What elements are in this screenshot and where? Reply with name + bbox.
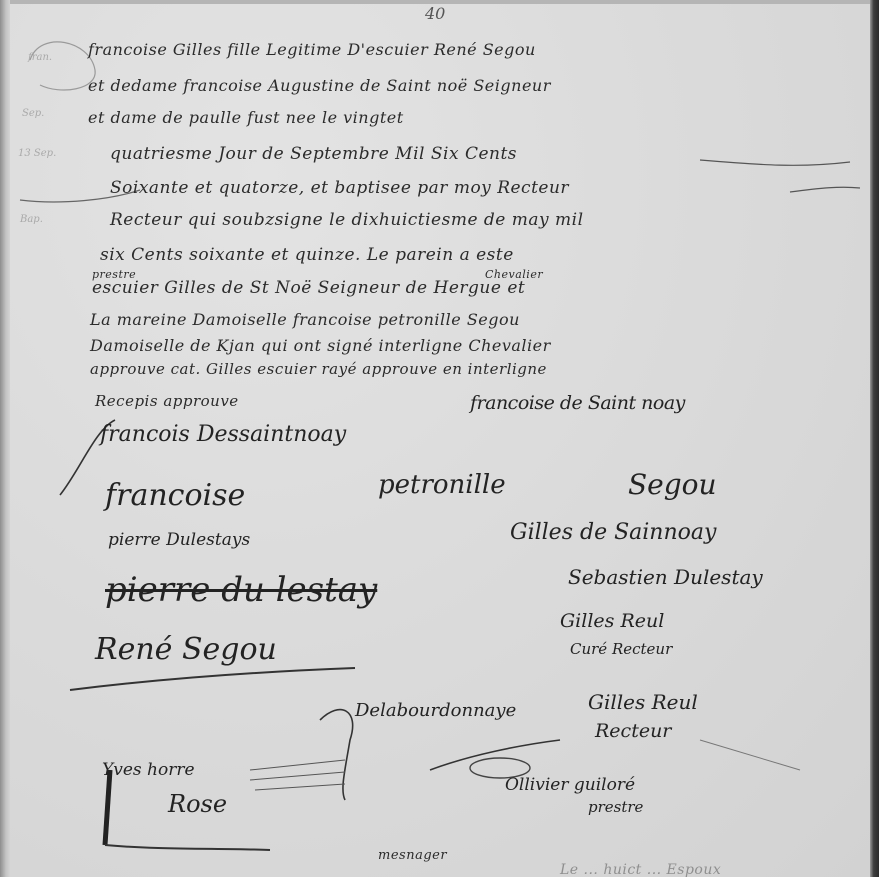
signature: Gilles Reul [560,610,664,632]
register-text-line: La mareine Damoiselle francoise petronil… [90,310,520,329]
register-text-line: Le ... huict ... Espoux [560,862,721,877]
register-page: 40 fran. Sep. 13 Sep. Bap. francoise Gil… [0,0,879,877]
register-text-line: Damoiselle de Kjan qui ont signé interli… [90,336,551,355]
signature: Gilles de Sainnoay [510,520,716,545]
signature: pierre Dulestays [108,530,250,550]
register-text-line: approuve cat. Gilles escuier rayé approu… [90,360,547,378]
register-text-line: Soixante et quatorze, et baptisee par mo… [110,178,569,198]
signature: Delabourdonnaye [355,700,516,721]
register-text-line: Recepis approuve [95,392,239,410]
signature: Yves horre [102,760,195,780]
register-text-line: francoise Gilles fille Legitime D'escuie… [88,40,536,59]
signature: petronille [378,470,506,500]
signature: francois Dessaintnoay [100,422,346,447]
signature: Sebastien Dulestay [568,565,763,589]
interlinear-insertion: mesnager [378,848,447,863]
register-text-line: six Cents soixante et quinze. Le parein … [100,245,514,265]
signature: francoise de Saint noay [470,392,685,414]
register-text-line: et dame de paulle fust nee le vingtet [88,108,404,127]
signature: Rose [168,790,227,818]
signature: Gilles Reul [588,690,698,714]
signature: René Segou [95,632,277,667]
signature: Ollivier guiloré [505,775,635,795]
signature: Curé Recteur [570,640,672,658]
signature: Segou [628,468,717,501]
register-text-line: et dedame francoise Augustine de Saint n… [88,76,551,95]
signature: pierre du lestay [105,570,377,610]
signature: prestre [588,798,643,816]
register-text-line: escuier Gilles de St Noë Seigneur de Her… [92,278,525,298]
signature: Recteur [595,720,671,742]
register-text-line: quatriesme Jour de Septembre Mil Six Cen… [110,144,517,164]
register-text-line: Recteur qui soubzsigne le dixhuictiesme … [110,210,584,230]
signature: francoise [105,478,245,513]
